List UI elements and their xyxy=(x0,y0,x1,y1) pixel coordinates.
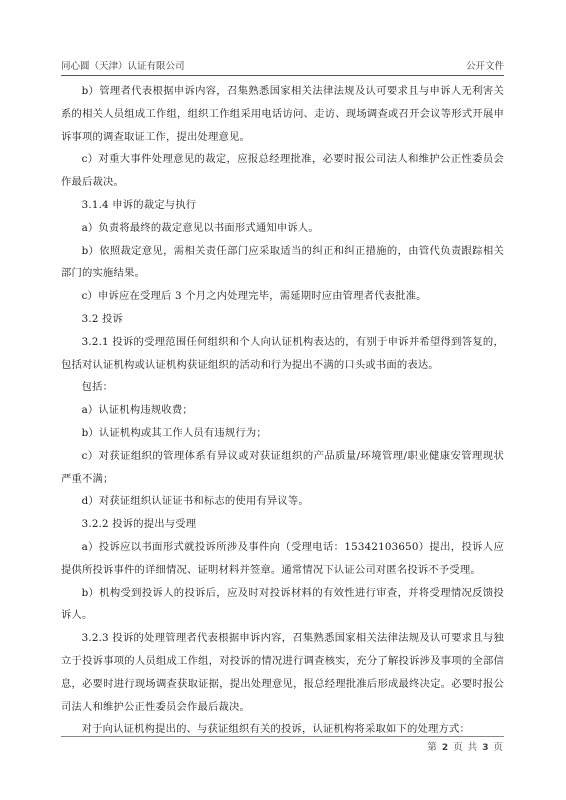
section-heading-3-1-4: 3.1.4 申诉的裁定与执行 xyxy=(61,194,504,217)
paragraph-ruling-b: b）依照裁定意见，需相关责任部门应采取适当的纠正和纠正措施的，由管代负责跟踪相关… xyxy=(61,240,504,286)
total-pages: 3 xyxy=(482,743,489,753)
paragraph-appeal-b: b）管理者代表根据申诉内容，召集熟悉国家相关法律法规及认可要求且与申诉人无利害关… xyxy=(61,80,504,148)
paragraph-complaint-a: a）投诉应以书面形式就投诉所涉及事件向（受理电话：15342103650）提出，… xyxy=(61,536,504,582)
document-classification: 公开文件 xyxy=(466,61,504,73)
paragraph-3-2-3: 3.2.3 投诉的处理管理者代表根据申诉内容，召集熟悉国家相关法律法规及认可要求… xyxy=(61,627,504,718)
paragraph-ruling-a: a）负责将最终的裁定意见以书面形式通知申诉人。 xyxy=(61,217,504,240)
document-body: b）管理者代表根据申诉内容，召集熟悉国家相关法律法规及认可要求且与申诉人无利害关… xyxy=(61,80,504,741)
paragraph-complaint-b: b）机构受到投诉人的投诉后，应及时对投诉材料的有效性进行审查，并将受理情况反馈投… xyxy=(61,582,504,628)
list-item-b: b）认证机构或其工作人员有违规行为； xyxy=(61,422,504,445)
page-prefix: 第 xyxy=(427,742,438,753)
paragraph-ruling-c: c）申诉应在受理后 3 个月之内处理完毕，需延期时应由管理者代表批准。 xyxy=(61,285,504,308)
company-name: 同心圆（天津）认证有限公司 xyxy=(61,61,185,73)
list-item-d: d）对获证组织认证证书和标志的使用有异议等。 xyxy=(61,490,504,513)
page-number: 第 2 页 共 3 页 xyxy=(427,742,504,754)
document-page: 同心圆（天津）认证有限公司 公开文件 b）管理者代表根据申诉内容，召集熟悉国家相… xyxy=(0,0,566,800)
page-header: 同心圆（天津）认证有限公司 公开文件 xyxy=(61,60,504,76)
page-suffix: 页 xyxy=(493,742,504,753)
paragraph-includes: 包括： xyxy=(61,376,504,399)
list-item-c: c）对获证组织的管理体系有异议或对获证组织的产品质量/环境管理/职业健康安管理现… xyxy=(61,445,504,491)
current-page: 2 xyxy=(442,743,449,753)
section-heading-3-2-2: 3.2.2 投诉的提出与受理 xyxy=(61,513,504,536)
list-item-a: a）认证机构违规收费； xyxy=(61,399,504,422)
footer-divider xyxy=(61,736,504,737)
page-middle: 页 共 xyxy=(453,742,478,753)
paragraph-3-2-1: 3.2.1 投诉的受理范围任何组织和个人向认证机构表达的，有别于申诉并希望得到答… xyxy=(61,331,504,377)
paragraph-handling-methods: 对于向认证机构提出的、与获证组织有关的投诉，认证机构将采取如下的处理方式： xyxy=(61,718,504,741)
section-heading-3-2: 3.2 投诉 xyxy=(61,308,504,331)
paragraph-appeal-c: c）对重大事件处理意见的裁定，应报总经理批准，必要时报公司法人和维护公正性委员会… xyxy=(61,148,504,194)
